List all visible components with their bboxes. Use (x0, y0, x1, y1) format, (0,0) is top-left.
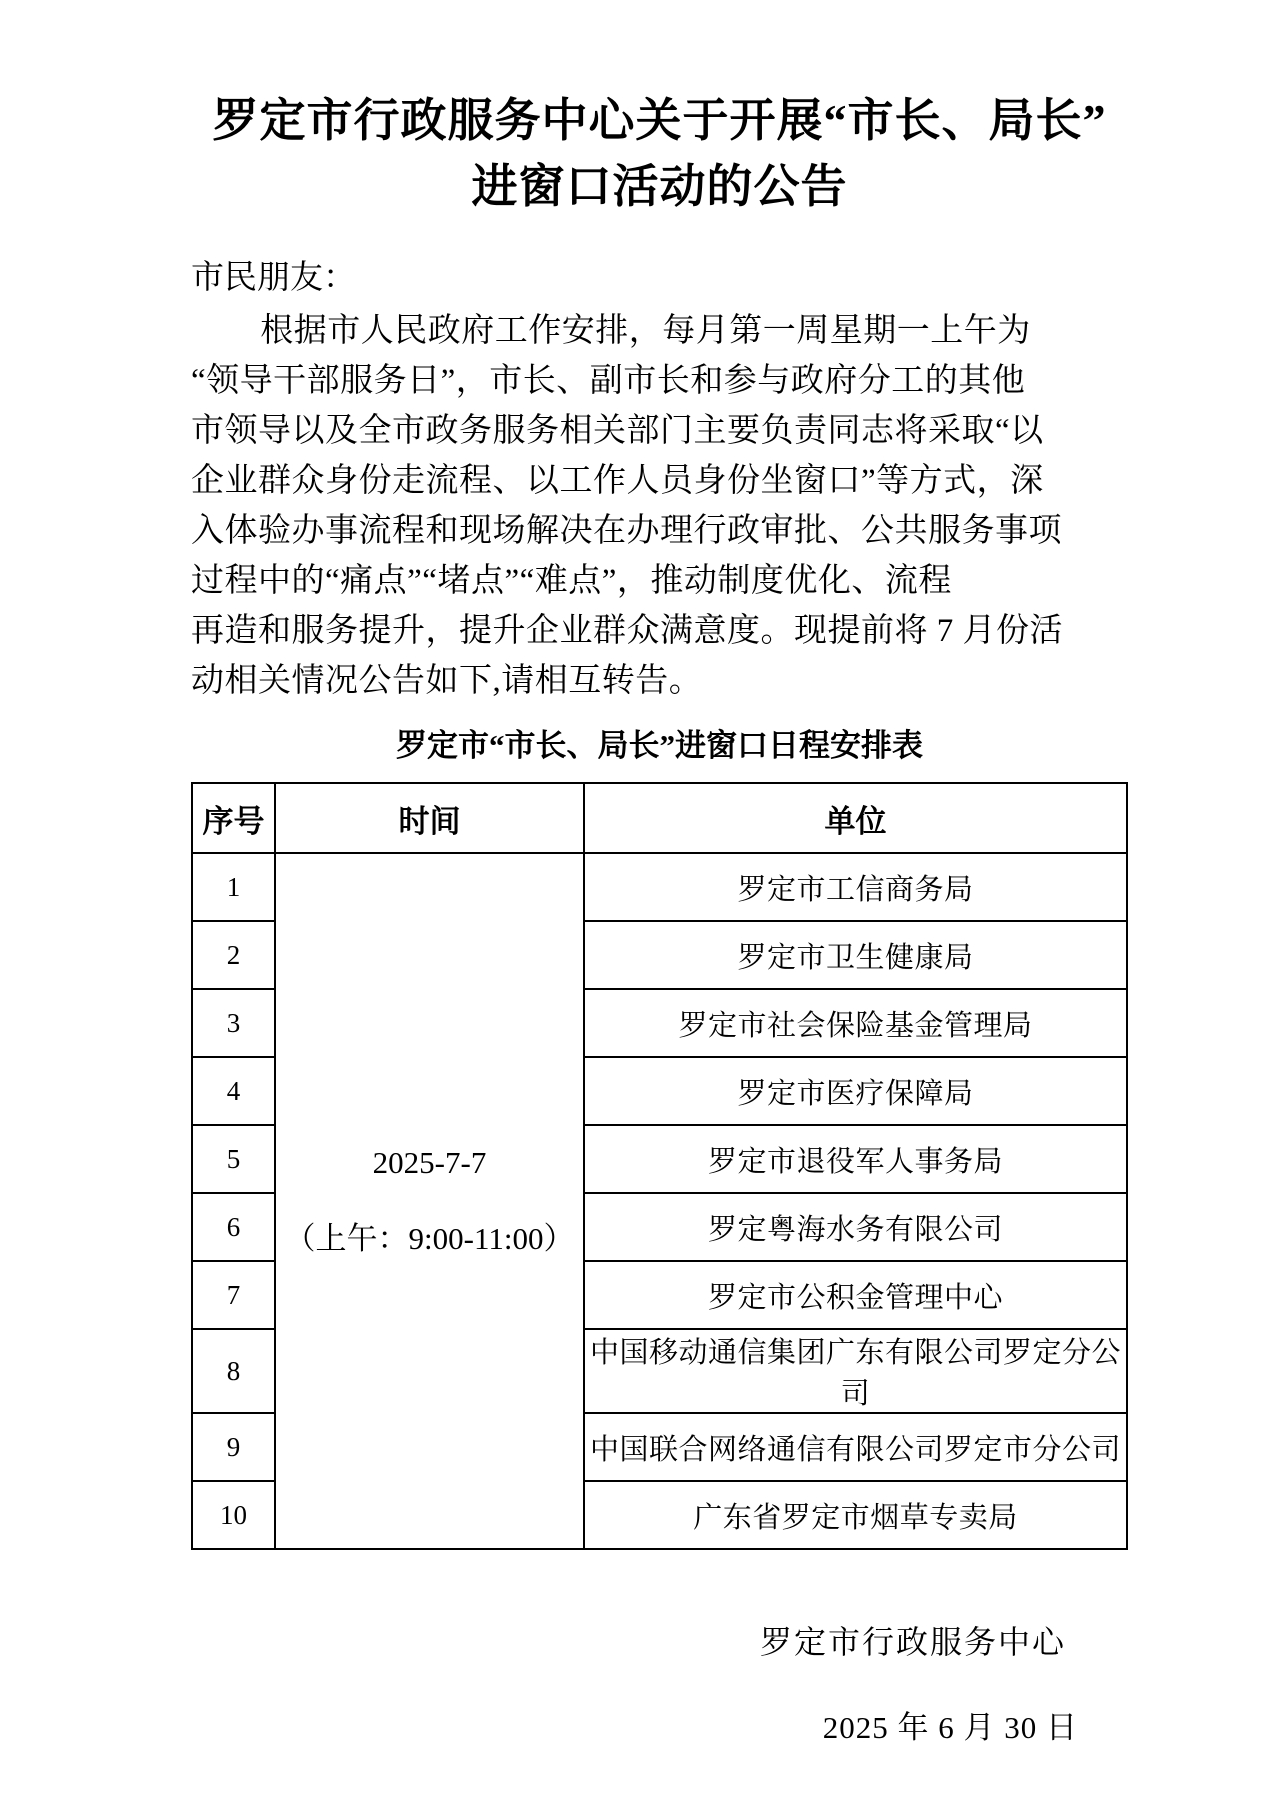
title-line-2: 进窗口活动的公告 (191, 154, 1128, 220)
paragraph-line: 再造和服务提升，提升企业群众满意度。现提前将 7 月份活 (191, 606, 1128, 656)
unit-cell: 罗定市退役军人事务局 (584, 1125, 1127, 1193)
unit-cell: 罗定市卫生健康局 (584, 921, 1127, 989)
schedule-table: 序号 时间 单位 1 2025-7-7 （上午：9:00-11:00） 罗定市工… (191, 782, 1128, 1550)
title-line-1: 罗定市行政服务中心关于开展“市长、局长” (191, 88, 1128, 154)
body-paragraph: 根据市人民政府工作安排，每月第一周星期一上午为 “领导干部服务日”，市长、副市长… (191, 306, 1128, 706)
unit-cell: 罗定市公积金管理中心 (584, 1261, 1127, 1329)
header-unit: 单位 (584, 783, 1127, 853)
unit-cell: 广东省罗定市烟草专卖局 (584, 1481, 1127, 1549)
table-header-row: 序号 时间 单位 (192, 783, 1127, 853)
row-number: 4 (192, 1057, 275, 1125)
paragraph-line: 企业群众身份走流程、以工作人员身份坐窗口”等方式，深 (191, 456, 1128, 506)
time-period: （上午：9:00-11:00） (276, 1213, 583, 1258)
document-footer: 罗定市行政服务中心 2025 年 6 月 30 日 (191, 1620, 1128, 1750)
row-number: 8 (192, 1329, 275, 1413)
header-no: 序号 (192, 783, 275, 853)
paragraph-line: 根据市人民政府工作安排，每月第一周星期一上午为 (191, 306, 1128, 356)
unit-cell: 罗定市工信商务局 (584, 853, 1127, 921)
paragraph-line: “领导干部服务日”，市长、副市长和参与政府分工的其他 (191, 356, 1128, 406)
paragraph-line: 入体验办事流程和现场解决在办理行政审批、公共服务事项 (191, 506, 1128, 556)
unit-cell: 中国联合网络通信有限公司罗定市分公司 (584, 1413, 1127, 1481)
issue-date: 2025 年 6 月 30 日 (191, 1706, 1128, 1750)
row-number: 10 (192, 1481, 275, 1549)
signature: 罗定市行政服务中心 (191, 1620, 1128, 1664)
paragraph-line: 动相关情况公告如下,请相互转告。 (191, 656, 1128, 706)
unit-cell: 中国移动通信集团广东有限公司罗定分公司 (584, 1329, 1127, 1413)
row-number: 5 (192, 1125, 275, 1193)
unit-cell: 罗定粤海水务有限公司 (584, 1193, 1127, 1261)
paragraph-line: 过程中的“痛点”“堵点”“难点”，推动制度优化、流程 (191, 556, 1128, 606)
header-time: 时间 (275, 783, 584, 853)
salutation: 市民朋友： (191, 258, 1128, 298)
time-cell: 2025-7-7 （上午：9:00-11:00） (275, 853, 584, 1549)
row-number: 1 (192, 853, 275, 921)
row-number: 6 (192, 1193, 275, 1261)
row-number: 9 (192, 1413, 275, 1481)
row-number: 2 (192, 921, 275, 989)
document-page: 罗定市行政服务中心关于开展“市长、局长” 进窗口活动的公告 市民朋友： 根据市人… (0, 0, 1280, 1810)
time-date: 2025-7-7 (276, 1145, 583, 1181)
unit-cell: 罗定市医疗保障局 (584, 1057, 1127, 1125)
paragraph-line: 市领导以及全市政务服务相关部门主要负责同志将采取“以 (191, 406, 1128, 456)
row-number: 7 (192, 1261, 275, 1329)
row-number: 3 (192, 989, 275, 1057)
table-caption: 罗定市“市长、局长”进窗口日程安排表 (191, 728, 1128, 764)
table-row: 1 2025-7-7 （上午：9:00-11:00） 罗定市工信商务局 (192, 853, 1127, 921)
page-title: 罗定市行政服务中心关于开展“市长、局长” 进窗口活动的公告 (191, 88, 1128, 220)
unit-cell: 罗定市社会保险基金管理局 (584, 989, 1127, 1057)
